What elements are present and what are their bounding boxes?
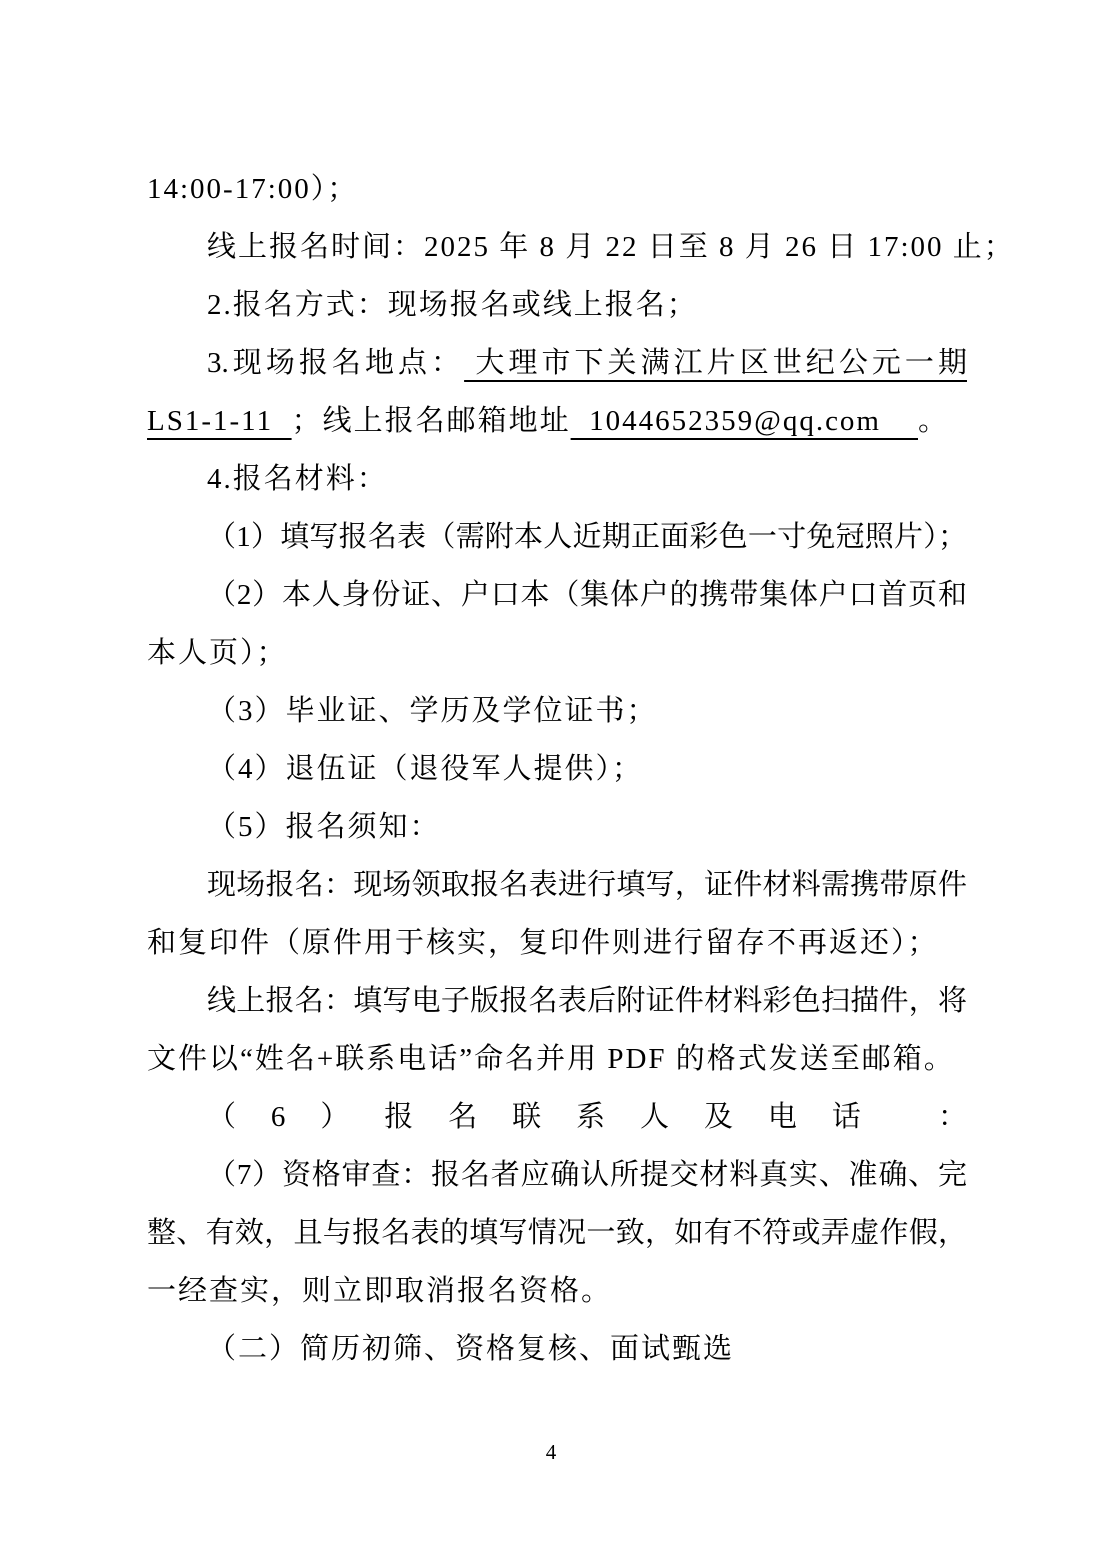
line-material-2a: （2）本人身份证、户口本（集体户的携带集体户口首页和 xyxy=(147,566,967,624)
text-segment: 一经查实，则立即取消报名资格。 xyxy=(147,1275,612,1307)
text-segment: 线上报名时间：2025 年 8 月 22 日至 8 月 26 日 17:00 止… xyxy=(207,231,1015,263)
line-section-2-heading: （二）简历初筛、资格复核、面试甄选 xyxy=(147,1320,967,1378)
line-registration-materials: 4.报名材料： xyxy=(147,450,967,508)
text-segment: 3.现场报名地点： xyxy=(207,347,464,379)
page-footer: 4 xyxy=(0,1440,1102,1465)
line-onsite-notice-a: 现场报名：现场领取报名表进行填写，证件材料需携带原件 xyxy=(147,856,967,914)
line-material-3: （3）毕业证、学历及学位证书； xyxy=(147,682,967,740)
text-segment: 整、有效，且与报名表的填写情况一致，如有不符或弄虚作假， xyxy=(147,1217,967,1249)
text-segment: （二）简历初筛、资格复核、面试甄选 xyxy=(207,1333,734,1365)
line-contact-person: （6）报名联系人及电话 ：孔鹏程 15125120960（微信同号） xyxy=(147,1088,967,1146)
page-number: 4 xyxy=(546,1440,557,1464)
text-segment: （3）毕业证、学历及学位证书； xyxy=(207,695,658,727)
line-online-registration-time: 线上报名时间：2025 年 8 月 22 日至 8 月 26 日 17:00 止… xyxy=(147,218,967,276)
text-segment: （4）退伍证（退役军人提供）； xyxy=(207,753,643,785)
line-registration-method: 2.报名方式：现场报名或线上报名； xyxy=(147,276,967,334)
text-segment: （2）本人身份证、户口本（集体户的携带集体户口首页和 xyxy=(207,579,967,611)
text-segment: （7）资格审查：报名者应确认所提交材料真实、准确、完 xyxy=(207,1159,967,1191)
text-segment: 4.报名材料： xyxy=(207,463,388,495)
line-online-notice-a: 线上报名：填写电子版报名表后附证件材料彩色扫描件，将 xyxy=(147,972,967,1030)
line-onsite-location: 3.现场报名地点： 大理市下关满江片区世纪公元一期 xyxy=(147,334,967,392)
underlined-segment: 大理市下关满江片区世纪公元一期 xyxy=(464,347,967,379)
text-segment: 。 xyxy=(918,405,949,437)
text-segment: 现场报名：现场领取报名表进行填写，证件材料需携带原件 xyxy=(207,869,967,901)
line-qualification-review-c: 一经查实，则立即取消报名资格。 xyxy=(147,1262,967,1320)
text-segment: 和复印件（原件用于核实，复印件则进行留存不再返还）； xyxy=(147,927,939,959)
text-segment: （1）填写报名表（需附本人近期正面彩色一寸免冠照片）； xyxy=(207,521,967,553)
text-segment: （5）报名须知： xyxy=(207,811,441,843)
line-material-4: （4）退伍证（退役军人提供）； xyxy=(147,740,967,798)
line-qualification-review-a: （7）资格审查：报名者应确认所提交材料真实、准确、完 xyxy=(147,1146,967,1204)
document-body: 14:00-17:00）；线上报名时间：2025 年 8 月 22 日至 8 月… xyxy=(147,160,967,1378)
text-segment: （6）报名联系人及电话 ： xyxy=(207,1101,967,1133)
text-segment: 本人页）； xyxy=(147,637,288,669)
underlined-segment: 1044652359@qq.com xyxy=(571,405,918,437)
underlined-segment: LS1-1-11 xyxy=(147,405,292,437)
text-segment: 14:00-17:00）； xyxy=(147,173,358,205)
line-online-notice-b: 文件以“姓名+联系电话”命名并用 PDF 的格式发送至邮箱。 xyxy=(147,1030,967,1088)
text-segment: 文件以“姓名+联系电话”命名并用 PDF 的格式发送至邮箱。 xyxy=(147,1043,955,1075)
line-time-range-continuation: 14:00-17:00）； xyxy=(147,160,967,218)
text-segment: ；线上报名邮箱地址 xyxy=(292,405,571,437)
line-material-2b: 本人页）； xyxy=(147,624,967,682)
line-material-5: （5）报名须知： xyxy=(147,798,967,856)
line-onsite-notice-b: 和复印件（原件用于核实，复印件则进行留存不再返还）； xyxy=(147,914,967,972)
line-material-1: （1）填写报名表（需附本人近期正面彩色一寸免冠照片）； xyxy=(147,508,967,566)
document-page: 14:00-17:00）；线上报名时间：2025 年 8 月 22 日至 8 月… xyxy=(0,0,1102,1559)
text-segment: 2.报名方式：现场报名或线上报名； xyxy=(207,289,698,321)
text-segment: 线上报名：填写电子版报名表后附证件材料彩色扫描件，将 xyxy=(207,985,967,1017)
line-qualification-review-b: 整、有效，且与报名表的填写情况一致，如有不符或弄虚作假， xyxy=(147,1204,967,1262)
line-location-and-email: LS1-1-11 ；线上报名邮箱地址 1044652359@qq.com 。 xyxy=(147,392,967,450)
